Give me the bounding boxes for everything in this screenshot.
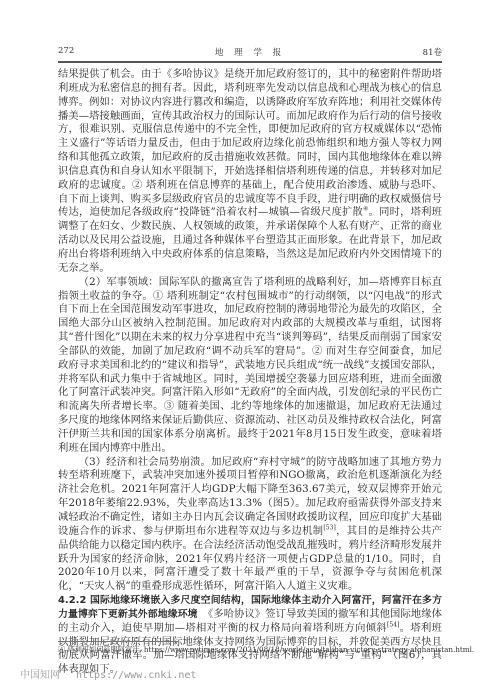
footnote-rule: [58, 641, 178, 642]
paragraph-military-domain: （2）军事领域：国际军队的撤离宣告了塔利班的战略利好，加—塔博弈目标直指领土收益…: [58, 276, 442, 456]
article-body: 结果提供了机会。由于《多哈协议》是绕开加尼政府签订的，其中的秘密附件帮助塔利班成…: [58, 68, 442, 677]
paragraph-information-domain: 结果提供了机会。由于《多哈协议》是绕开加尼政府签订的，其中的秘密附件帮助塔利班成…: [58, 68, 442, 276]
section-4-2-2: 4.2.2 国际地缘环境嵌入多尺度空间结构，国际地缘体主动介入阿富汗，阿富汗在多…: [58, 594, 442, 677]
header-rule: [58, 61, 442, 63]
footnote-text[interactable]: 塔利班如何征服阿富汗. https://www.nytimes.com/2021…: [65, 645, 474, 654]
journal-title: 地 理 学 报: [58, 46, 442, 58]
footnote: ④ 塔利班如何征服阿富汗. https://www.nytimes.com/20…: [58, 645, 458, 655]
watermark-url: https://www.cnki.net: [76, 670, 196, 681]
paragraph-economic-social: （3）经济和社会局势崩溃。加尼政府“弃村守城”的防守战略加速了其地方势力转至塔利…: [58, 456, 442, 594]
running-header: 272 地 理 学 报 81卷: [58, 44, 442, 60]
watermark: 中国知网https://www.cnki.net: [20, 666, 196, 681]
citation-ref[interactable]: [54]: [387, 621, 400, 628]
volume-label: 81卷: [423, 46, 442, 58]
citation-ref[interactable]: [53]: [323, 524, 336, 531]
watermark-brand: 中国知网: [20, 670, 60, 681]
